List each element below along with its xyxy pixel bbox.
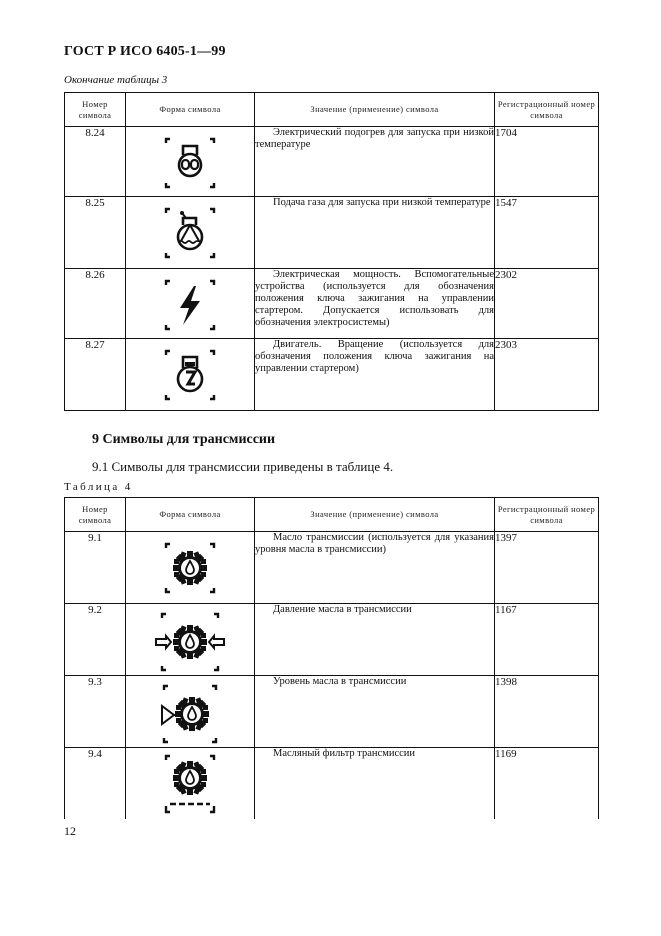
symbol-number: 8.25 xyxy=(65,197,126,269)
symbol-cell xyxy=(126,197,255,269)
registration-number: 1704 xyxy=(495,127,599,197)
table-row: 8.24 Электрический подогрев для запуска … xyxy=(65,127,599,197)
symbol-number: 9.3 xyxy=(65,676,126,748)
registration-number: 2303 xyxy=(495,339,599,411)
col-header-number: Номер символа xyxy=(65,93,126,127)
electric-preheat-icon xyxy=(160,133,220,193)
symbol-description: Электрический подогрев для запуска при н… xyxy=(255,127,495,197)
registration-number: 2302 xyxy=(495,269,599,339)
description-text: Двигатель. Вращение (используется для об… xyxy=(255,339,494,374)
table-header-row: Номер символа Форма символа Значение (пр… xyxy=(65,93,599,127)
col-header-meaning: Значение (применение) символа xyxy=(255,93,495,127)
table-row: 9.1 Масло трансмиссии (используется для … xyxy=(65,532,599,604)
symbol-cell xyxy=(126,269,255,339)
table-row: 8.25 Подача газа для запуска при низкой … xyxy=(65,197,599,269)
symbol-cell xyxy=(126,604,255,676)
col-header-reg: Регистрационный номер символа xyxy=(495,93,599,127)
symbol-cell xyxy=(126,127,255,197)
description-text: Давление масла в трансмиссии xyxy=(273,604,412,615)
symbol-cell xyxy=(126,676,255,748)
symbol-description: Масло трансмиссии (используется для указ… xyxy=(255,532,495,604)
symbol-cell xyxy=(126,339,255,411)
registration-number: 1397 xyxy=(495,532,599,604)
table-3: Номер символа Форма символа Значение (пр… xyxy=(64,92,599,411)
symbol-number: 8.24 xyxy=(65,127,126,197)
section-heading: 9 Символы для трансмиссии xyxy=(92,432,275,448)
registration-number: 1398 xyxy=(495,676,599,748)
section-paragraph: 9.1 Символы для трансмиссии приведены в … xyxy=(92,459,393,475)
table-row: 8.26 Электрическая мощность. Вспомогател… xyxy=(65,269,599,339)
table-4-container: Номер символа Форма символа Значение (пр… xyxy=(60,497,605,819)
description-text: Электрический подогрев для запуска при н… xyxy=(255,127,494,150)
description-text: Подача газа для запуска при низкой темпе… xyxy=(273,197,491,208)
transmission-oil-filter-icon xyxy=(160,750,220,814)
col-header-form: Форма символа xyxy=(126,93,255,127)
symbol-cell xyxy=(126,532,255,604)
symbol-number: 9.4 xyxy=(65,748,126,820)
table-row: 9.3 Уровень масла в трансмиссии 1398 xyxy=(65,676,599,748)
description-text: Электрическая мощность. Вспомогательные … xyxy=(255,269,494,328)
symbol-description: Масляный фильтр трансмиссии xyxy=(255,748,495,820)
description-text: Масляный фильтр трансмиссии xyxy=(273,748,415,759)
description-text: Уровень масла в трансмиссии xyxy=(273,676,406,687)
symbol-description: Электрическая мощность. Вспомогательные … xyxy=(255,269,495,339)
document-title: ГОСТ Р ИСО 6405-1—99 xyxy=(64,44,226,60)
gas-start-aid-icon xyxy=(160,203,220,263)
table-row: 8.27 Двигатель. Вращение (используется д… xyxy=(65,339,599,411)
col-header-reg: Регистрационный номер символа xyxy=(495,498,599,532)
table-row: 9.4 Масляный фильтр трансмиссии 1169 xyxy=(65,748,599,820)
symbol-description: Давление масла в трансмиссии xyxy=(255,604,495,676)
col-header-form: Форма символа xyxy=(126,498,255,532)
symbol-description: Уровень масла в трансмиссии xyxy=(255,676,495,748)
symbol-number: 8.27 xyxy=(65,339,126,411)
col-header-meaning: Значение (применение) символа xyxy=(255,498,495,532)
symbol-number: 9.2 xyxy=(65,604,126,676)
engine-crank-icon xyxy=(160,345,220,405)
lightning-bolt-icon xyxy=(160,275,220,335)
symbol-number: 9.1 xyxy=(65,532,126,604)
description-text: Масло трансмиссии (используется для указ… xyxy=(255,532,494,555)
table-row: 9.2 Давление масла в трансмиссии 1167 xyxy=(65,604,599,676)
table-4: Номер символа Форма символа Значение (пр… xyxy=(64,497,599,819)
registration-number: 1169 xyxy=(495,748,599,820)
table-header-row: Номер символа Форма символа Значение (пр… xyxy=(65,498,599,532)
transmission-oil-icon xyxy=(160,538,220,598)
registration-number: 1547 xyxy=(495,197,599,269)
symbol-number: 8.26 xyxy=(65,269,126,339)
table3-caption: Окончание таблицы 3 xyxy=(64,74,167,86)
transmission-oil-level-icon xyxy=(158,682,222,744)
symbol-description: Подача газа для запуска при низкой темпе… xyxy=(255,197,495,269)
col-header-number: Номер символа xyxy=(65,498,126,532)
registration-number: 1167 xyxy=(495,604,599,676)
symbol-cell xyxy=(126,748,255,820)
page-number: 12 xyxy=(64,824,76,839)
symbol-description: Двигатель. Вращение (используется для об… xyxy=(255,339,495,411)
table4-caption: Таблица 4 xyxy=(64,481,133,493)
transmission-oil-pressure-icon xyxy=(154,610,226,674)
